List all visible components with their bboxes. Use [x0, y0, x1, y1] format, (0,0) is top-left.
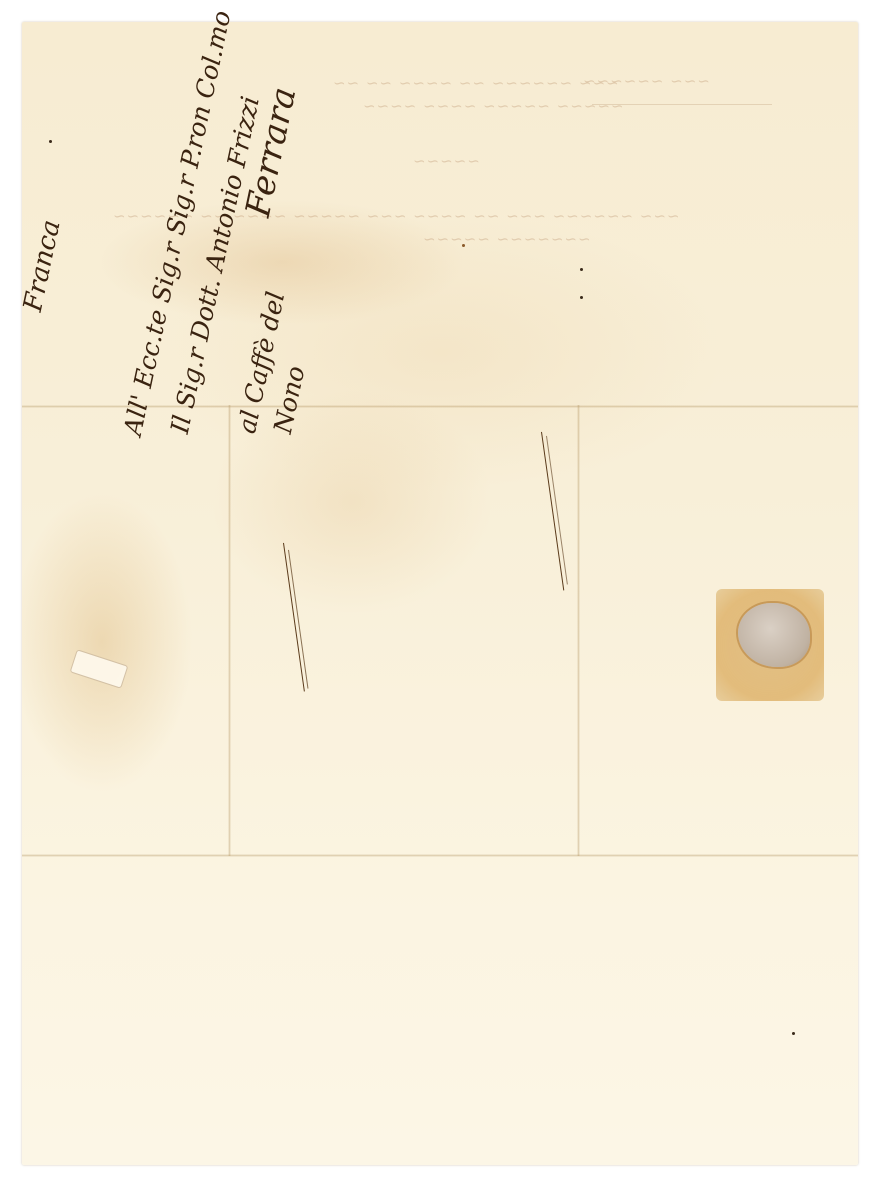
bleed-through-text: ~~~ ~~~~~~ ~~~ ~~ ~~~~ ~~~ ~~~~~ ~~~~ ~~… — [112, 207, 680, 225]
fold-line-vertical-left — [228, 405, 231, 856]
bleed-through-text: ~~~ ~~~~~~ ~~ ~~~~ ~~ ~~ — [332, 74, 619, 92]
ink-speck — [792, 1032, 795, 1035]
wax-seal — [716, 589, 824, 701]
ink-speck — [580, 268, 583, 271]
bleed-through-text: ~~~~~ ~~~~~ ~~~~ ~~~~ — [362, 97, 624, 115]
ink-speck — [49, 140, 52, 143]
bleed-through-text: ~~~~~ — [412, 152, 480, 170]
fold-line-horizontal-bottom — [22, 854, 858, 857]
ink-speck — [580, 296, 583, 299]
ink-speck — [462, 244, 465, 247]
seal-wax-remnant — [738, 603, 810, 667]
paper-tear — [70, 649, 129, 689]
fold-line-vertical-right — [577, 405, 580, 856]
bleed-through-text: ~~~~~~~ ~~~~~ — [422, 230, 591, 248]
